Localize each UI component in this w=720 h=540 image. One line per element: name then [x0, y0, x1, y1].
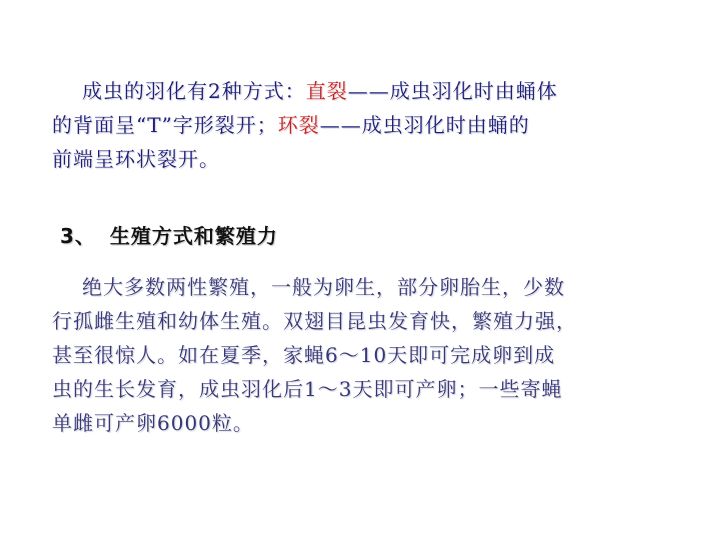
text-segment: ——成虫羽化时由蛹体 — [348, 79, 558, 103]
highlight-term-ring-split: 环裂 — [278, 113, 320, 137]
highlight-term-straight-split: 直裂 — [306, 79, 348, 103]
text-segment: 的背面呈“T”字形裂开； — [52, 113, 278, 137]
section-heading: 3、生殖方式和繁殖力 — [60, 220, 278, 249]
paragraph-line: 成虫的羽化有2种方式：直裂——成虫羽化时由蛹体 — [52, 74, 652, 108]
text-segment: 前端呈环状裂开。 — [52, 147, 220, 171]
reproduction-paragraph: 绝大多数两性繁殖，一般为卵生，部分卵胎生，少数 行孤雌生殖和幼体生殖。双翅目昆虫… — [52, 270, 652, 440]
heading-number: 3、 — [60, 224, 96, 248]
paragraph-line: 虫的生长发育，成虫羽化后1～3天即可产卵；一些寄蝇 — [52, 372, 652, 406]
heading-title: 生殖方式和繁殖力 — [110, 224, 278, 248]
text-segment: 绝大多数两性繁殖，一般为卵生，部分卵胎生，少数 — [82, 275, 565, 299]
text-segment: ——成虫羽化时由蛹的 — [320, 113, 530, 137]
eclosion-paragraph: 成虫的羽化有2种方式：直裂——成虫羽化时由蛹体 的背面呈“T”字形裂开；环裂——… — [52, 74, 652, 176]
text-segment: 虫的生长发育，成虫羽化后1～3天即可产卵；一些寄蝇 — [52, 377, 562, 401]
text-segment: 甚至很惊人。如在夏季，家蝇6～10天即可完成卵到成 — [52, 343, 555, 367]
paragraph-line: 前端呈环状裂开。 — [52, 142, 652, 176]
paragraph-line: 单雌可产卵6000粒。 — [52, 406, 652, 440]
paragraph-line: 行孤雌生殖和幼体生殖。双翅目昆虫发育快，繁殖力强， — [52, 304, 652, 338]
text-segment: 单雌可产卵6000粒。 — [52, 411, 254, 435]
text-segment: 成虫的羽化有2种方式： — [82, 79, 306, 103]
paragraph-line: 的背面呈“T”字形裂开；环裂——成虫羽化时由蛹的 — [52, 108, 652, 142]
paragraph-line: 甚至很惊人。如在夏季，家蝇6～10天即可完成卵到成 — [52, 338, 652, 372]
text-segment: 行孤雌生殖和幼体生殖。双翅目昆虫发育快，繁殖力强， — [52, 309, 577, 333]
paragraph-line: 绝大多数两性繁殖，一般为卵生，部分卵胎生，少数 — [52, 270, 652, 304]
